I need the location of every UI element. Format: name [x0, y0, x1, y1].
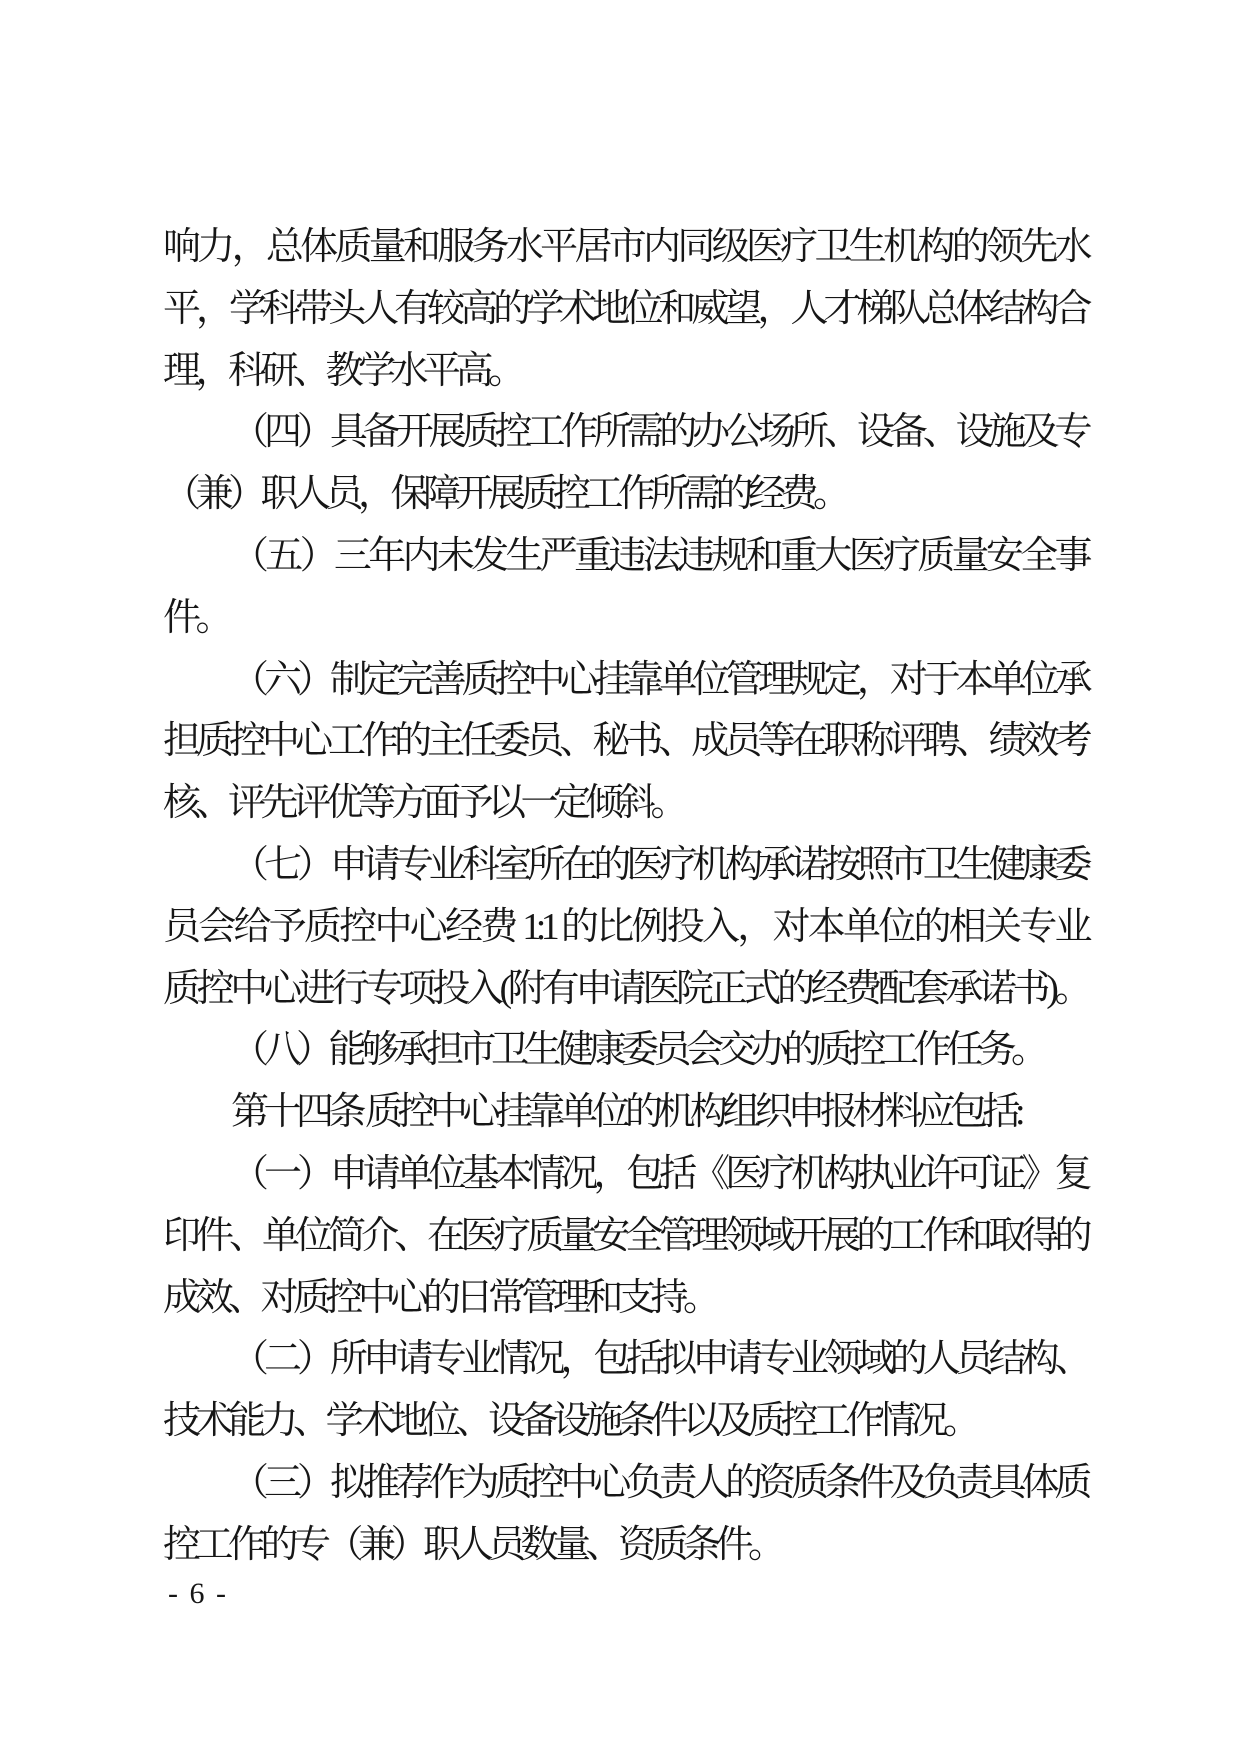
document-line: （兼）职人员，保障开展质控工作所需的经费。	[163, 464, 1087, 526]
document-line: 平，学科带头人有较高的学术地位和威望，人才梯队总体结构合	[163, 279, 1087, 341]
document-line: （二）所申请专业情况，包括拟申请专业领域的人员结构、	[163, 1329, 1087, 1391]
document-line: （四）具备开展质控工作所需的办公场所、设备、设施及专	[163, 402, 1087, 464]
document-line: （八）能够承担市卫生健康委员会交办的质控工作任务。	[163, 1020, 1087, 1082]
document-line: 理，科研、教学水平高。	[163, 341, 1087, 403]
document-line: 响力，总体质量和服务水平居市内同级医疗卫生机构的领先水	[163, 217, 1087, 279]
document-line: 成效、对质控中心的日常管理和支持。	[163, 1268, 1087, 1330]
page-number: - 6 -	[168, 1576, 228, 1612]
document-line: （五）三年内未发生严重违法违规和重大医疗质量安全事	[163, 526, 1087, 588]
document-line: （三）拟推荐作为质控中心负责人的资质条件及负责具体质	[163, 1453, 1087, 1515]
document-line: （七）申请专业科室所在的医疗机构承诺按照市卫生健康委	[163, 835, 1087, 897]
text-block: 响力，总体质量和服务水平居市内同级医疗卫生机构的领先水平，学科带头人有较高的学术…	[163, 217, 1087, 1577]
document-line: 担质控中心工作的主任委员、秘书、成员等在职称评聘、绩效考	[163, 711, 1087, 773]
document-line: 技术能力、学术地位、设备设施条件以及质控工作情况。	[163, 1391, 1087, 1453]
document-line: 第十四条 质控中心挂靠单位的机构组织申报材料应包括:	[163, 1082, 1087, 1144]
document-line: 员会给予质控中心经费 1:1 的比例投入，对本单位的相关专业	[163, 897, 1087, 959]
document-line: （六）制定完善质控中心挂靠单位管理规定，对于本单位承	[163, 650, 1087, 712]
document-line: （一）申请单位基本情况，包括《医疗机构执业许可证》复	[163, 1144, 1087, 1206]
document-line: 质控中心进行专项投入(附有申请医院正式的经费配套承诺书)。	[163, 959, 1087, 1021]
document-page: 响力，总体质量和服务水平居市内同级医疗卫生机构的领先水平，学科带头人有较高的学术…	[0, 0, 1241, 1754]
document-line: 核、评先评优等方面予以一定倾斜。	[163, 773, 1087, 835]
document-line: 控工作的专（兼）职人员数量、资质条件。	[163, 1515, 1087, 1577]
document-line: 件。	[163, 588, 1087, 650]
document-line: 印件、单位简介、在医疗质量安全管理领域开展的工作和取得的	[163, 1206, 1087, 1268]
